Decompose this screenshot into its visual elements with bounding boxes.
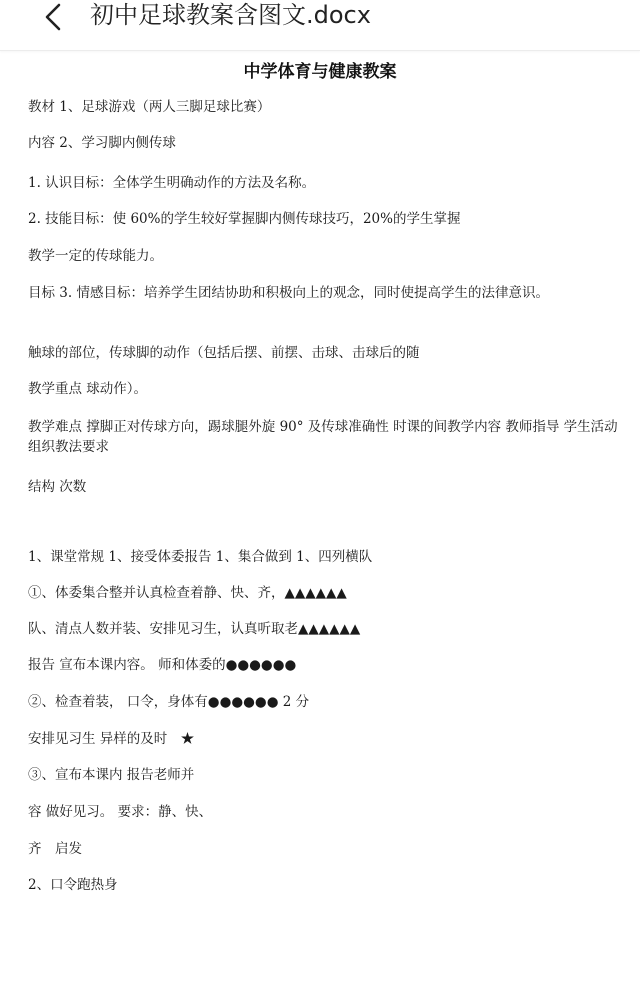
document-heading: 中学体育与健康教案 (0, 57, 640, 82)
doc-line-step-3: ③、宣布本课内 报告老师并 (28, 765, 194, 785)
doc-line-routine: 1、课堂常规 1、接受体委报告 1、集合做到 1、四列横队 (28, 547, 372, 567)
doc-line-material: 教材 1、足球游戏（两人三脚足球比赛） (28, 97, 270, 117)
doc-line-step-1: ①、体委集合整并认真检查着静、快、齐，▲▲▲▲▲▲ (28, 583, 347, 603)
doc-line-goal-2: 2. 技能目标：使 60%的学生较好掌握脚内侧传球技巧，20%的学生掌握 (28, 209, 460, 229)
doc-line-goal-1: 1. 认识目标：全体学生明确动作的方法及名称。 (28, 173, 315, 193)
doc-line-count: 队、清点人数并装、安排见习生，认真听取老▲▲▲▲▲▲ (28, 619, 360, 639)
doc-line-report: 报告 宣布本课内容。 师和体委的●●●●●● (28, 655, 296, 675)
doc-line-structure: 结构 次数 (28, 477, 86, 497)
doc-line-requirement: 容 做好见习。 要求：静、快、 (28, 802, 212, 822)
doc-line-goal-2-cont: 教学一定的传球能力。 (28, 246, 163, 266)
doc-line-key-point: 教学重点 球动作）。 (28, 379, 147, 399)
app-header: 初中足球教案含图文.docx (0, 0, 640, 51)
doc-line-step-2: ②、检查着装， 口令，身体有●●●●●● 2 分 (28, 692, 309, 712)
doc-line-goal-3: 目标 3. 情感目标：培养学生团结协助和积极向上的观念，同时使提高学生的法律意识… (28, 283, 618, 303)
doc-line-content: 内容 2、学习脚内侧传球 (28, 133, 176, 153)
doc-line-difficulty: 教学难点 撑脚正对传球方向，踢球腿外旋 90° 及传球准确性 时课的间教学内容 … (28, 417, 618, 457)
doc-line-arrange: 安排见习生 异样的及时 ★ (28, 729, 194, 749)
doc-line-touch: 触球的部位，传球脚的动作（包括后摆、前摆、击球、击球后的随 (28, 343, 420, 363)
doc-line-warmup: 2、口令跑热身 (28, 875, 118, 895)
document-page[interactable]: 中学体育与健康教案 教材 1、足球游戏（两人三脚足球比赛） 内容 2、学习脚内侧… (0, 51, 640, 993)
doc-line-inspire: 齐 启发 (28, 839, 82, 859)
chevron-left-icon (42, 2, 64, 32)
back-button[interactable] (36, 0, 70, 34)
document-title: 初中足球教案含图文.docx (90, 0, 371, 32)
